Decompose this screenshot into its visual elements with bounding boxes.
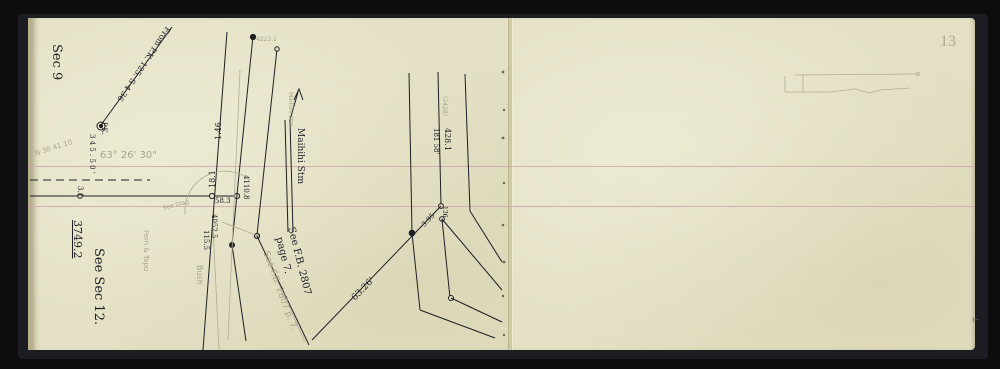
rule-line-upper — [28, 166, 975, 167]
label-fern-tapu: Fern & Tapu — [142, 230, 150, 271]
label-4052-5: 4052.5 — [210, 214, 218, 239]
label-136: 136 — [441, 206, 448, 217]
label-maihihi-stm: Maihihi Stm — [295, 128, 305, 184]
label-428-1: 428.1 — [443, 128, 452, 151]
label-3749-2: 3749.2 — [71, 220, 84, 259]
page-number: 13 — [940, 33, 956, 51]
label-4223-1: 4223.1 — [256, 36, 277, 43]
label-3-1: 3.1 — [76, 186, 84, 197]
label-58-3: 58.3 — [215, 197, 231, 205]
label-angle-63: 63° 26' 30" — [100, 150, 157, 161]
label-115-5: 115.5 — [202, 230, 210, 250]
label-see-sec-12: See Sec 12. — [91, 248, 106, 325]
label-181-58: 181 58' — [432, 128, 440, 154]
label-sec-9: Sec 9 — [49, 44, 64, 80]
label-1-46: 1.46 — [214, 122, 223, 140]
label-pk: P.K. — [100, 122, 108, 135]
page-corner-mark: ⊢ — [972, 316, 980, 326]
book-spine-stitching — [508, 18, 513, 350]
label-4110-8: 4110.8 — [242, 175, 250, 200]
label-18-1: 18.1 — [208, 170, 217, 188]
label-maihihi-pencil: Maihihi Stm — [287, 92, 294, 127]
label-bearing-pk: 3 4 5 . 5 0 ' — [88, 134, 96, 174]
right-page — [510, 18, 975, 350]
label-2428: (2428) — [441, 96, 448, 116]
label-bush: Bush — [195, 265, 204, 285]
